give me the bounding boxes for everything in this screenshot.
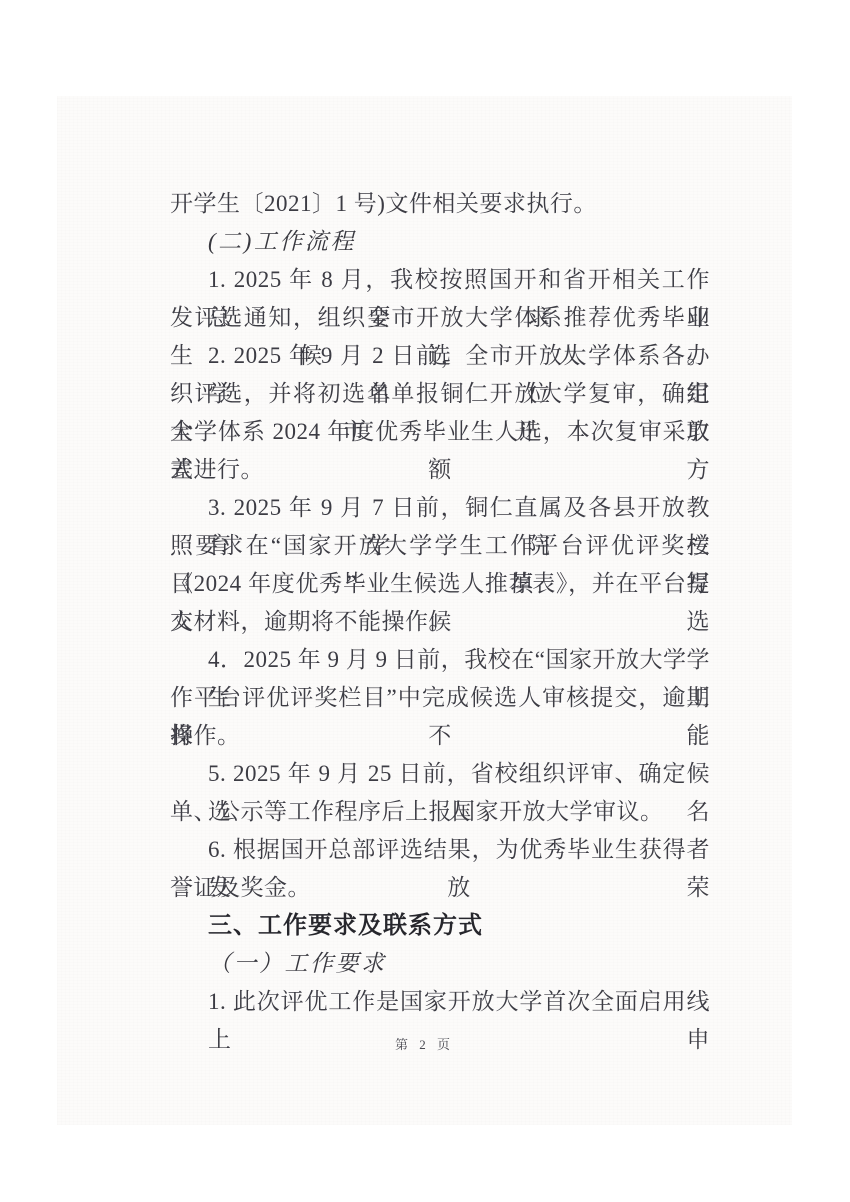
text-line: 3. 2025 年 9 月 7 日前，铜仁直属及各县开放教育学院按 xyxy=(170,489,710,527)
text-line: 《2024 年度优秀毕业生候选人推荐表》，并在平台提交候选 xyxy=(170,565,710,603)
text-line: 发评选通知，组织全市开放大学体系推荐优秀毕业生候选人。 xyxy=(170,299,710,337)
text-line: 作平台评优评奖栏目”中完成候选人审核提交，逾期将不能 xyxy=(170,679,710,717)
text-line: 织评选，并将初选名单报铜仁开放大学复审，确定全市开放 xyxy=(170,375,710,413)
text-line: 4．2025 年 9 月 9 日前，我校在“国家开放大学学生工 xyxy=(170,641,710,679)
text-line: 单、公示等工作程序后上报国家开放大学审议。 xyxy=(170,793,710,831)
text-line: (二)工作流程 xyxy=(170,223,710,261)
document-canvas: 开学生〔2021〕1 号)文件相关要求执行。(二)工作流程1. 2025 年 8… xyxy=(0,0,850,1202)
text-line: 6. 根据国开总部评选结果，为优秀毕业生获得者发放荣 xyxy=(170,831,710,869)
text-line: （一）工作要求 xyxy=(170,945,710,983)
text-line: 1. 此次评优工作是国家开放大学首次全面启用线上申 xyxy=(170,983,710,1021)
text-line: 大学体系 2024 年度优秀毕业生人选，本次复审采取差额方 xyxy=(170,413,710,451)
text-line: 1. 2025 年 8 月，我校按照国开和省开相关工作总要求印 xyxy=(170,261,710,299)
page-number: 第 2 页 xyxy=(57,1034,792,1053)
text-line: 5. 2025 年 9 月 25 日前，省校组织评审、确定候选人名 xyxy=(170,755,710,793)
document-text-block: 开学生〔2021〕1 号)文件相关要求执行。(二)工作流程1. 2025 年 8… xyxy=(170,185,710,1021)
text-line: 照要求在“国家开放大学学生工作平台评优评奖栏目”填写 xyxy=(170,527,710,565)
text-line: 2. 2025 年 9 月 2 日前，全市开放大学体系各办学单位组 xyxy=(170,337,710,375)
text-line: 三、工作要求及联系方式 xyxy=(170,907,710,945)
text-line: 开学生〔2021〕1 号)文件相关要求执行。 xyxy=(170,185,710,223)
scanned-page: 开学生〔2021〕1 号)文件相关要求执行。(二)工作流程1. 2025 年 8… xyxy=(57,96,792,1125)
